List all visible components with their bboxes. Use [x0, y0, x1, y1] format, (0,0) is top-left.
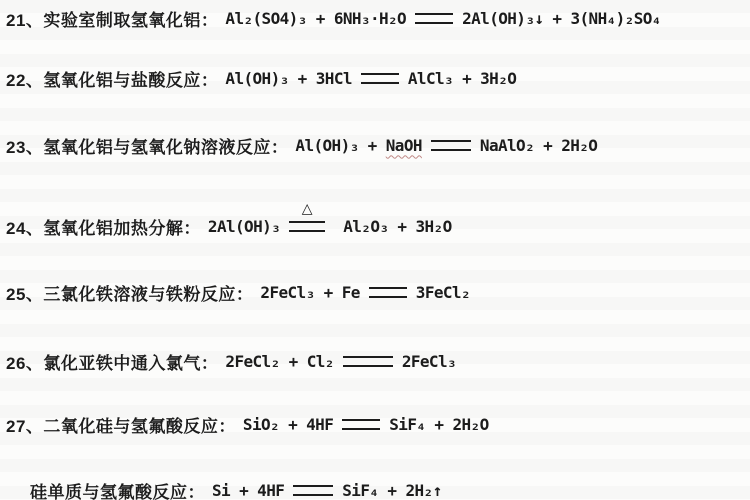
- equation-title: 实验室制取氢氧化铝：: [43, 6, 218, 31]
- formula-text: SiF₄ + 2H₂↑: [342, 481, 441, 500]
- spellcheck-underlined-formula: NaOH: [386, 136, 422, 155]
- formula-text: 2Al(OH)₃: [208, 217, 280, 236]
- equation-title: 氢氧化铝加热分解：: [43, 214, 201, 239]
- formula-text: Al(OH)₃ + 3HCl: [225, 69, 351, 88]
- delta-heat-condition: △: [302, 201, 313, 217]
- equation-line: 21、实验室制取氢氧化铝：Al₂(SO4)₃ + 6NH₃·H₂O2Al(OH)…: [6, 5, 661, 31]
- formula-text: AlCl₃ + 3H₂O: [408, 69, 516, 88]
- equation-line: 25、三氯化铁溶液与铁粉反应：2FeCl₃ + Fe3FeCl₂: [6, 279, 470, 305]
- formula-text: 3FeCl₂: [416, 283, 470, 302]
- equation-number: 23、: [6, 133, 43, 158]
- equation-line: 26、氯化亚铁中通入氯气：2FeCl₂ + Cl₂2FeCl₃: [6, 348, 456, 374]
- equation-title: 三氯化铁溶液与铁粉反应：: [43, 280, 253, 305]
- double-line-equals: [431, 140, 471, 151]
- formula-text: 2FeCl₃ + Fe: [260, 283, 359, 302]
- formula-text: 2Al(OH)₃↓ + 3(NH₄)₂SO₄: [462, 9, 661, 28]
- double-line-equals: [343, 356, 393, 367]
- formula-text: SiO₂ + 4HF: [243, 415, 333, 434]
- equation-number: 25、: [6, 280, 43, 305]
- equation-title: 二氧化硅与氢氟酸反应：: [43, 412, 236, 437]
- chemistry-notes-page: 21、实验室制取氢氧化铝：Al₂(SO4)₃ + 6NH₃·H₂O2Al(OH)…: [0, 0, 750, 500]
- formula-text: Al₂O₃ + 3H₂O: [334, 217, 451, 236]
- equation-title: 氯化亚铁中通入氯气：: [43, 349, 218, 374]
- equation-title: 氢氧化铝与氢氧化钠溶液反应：: [43, 133, 288, 158]
- equation-line: 24、氢氧化铝加热分解：2Al(OH)₃△ Al₂O₃ + 3H₂O: [6, 213, 452, 239]
- formula-text: NaAlO₂ + 2H₂O: [480, 136, 597, 155]
- equation-line: 22、氢氧化铝与盐酸反应：Al(OH)₃ + 3HClAlCl₃ + 3H₂O: [6, 65, 516, 91]
- formula-text: 2FeCl₃: [402, 352, 456, 371]
- equation-title: 氢氧化铝与盐酸反应：: [43, 66, 218, 91]
- equation-number: 26、: [6, 349, 43, 374]
- equation-number: 21、: [6, 6, 43, 31]
- formula-text: Si + 4HF: [212, 481, 284, 500]
- double-line-equals: △: [289, 221, 325, 232]
- equation-title: 硅单质与氢氟酸反应：: [30, 478, 205, 500]
- double-line-equals: [342, 419, 380, 430]
- equation-line: 23、氢氧化铝与氢氧化钠溶液反应：Al(OH)₃ + NaOHNaAlO₂ + …: [6, 132, 597, 158]
- equation-number: 27、: [6, 412, 43, 437]
- double-line-equals: [293, 485, 333, 496]
- equation-number: 22、: [6, 66, 43, 91]
- formula-text: Al(OH)₃ +: [295, 136, 385, 155]
- double-line-equals: [369, 287, 407, 298]
- formula-text: 2FeCl₂ + Cl₂: [225, 352, 333, 371]
- equation-line: 27、二氧化硅与氢氟酸反应：SiO₂ + 4HFSiF₄ + 2H₂O: [6, 411, 489, 437]
- double-line-equals: [415, 13, 453, 24]
- equation-number: 24、: [6, 214, 43, 239]
- formula-text: Al₂(SO4)₃ + 6NH₃·H₂O: [225, 9, 406, 28]
- formula-text: SiF₄ + 2H₂O: [389, 415, 488, 434]
- double-line-equals: [361, 73, 399, 84]
- equation-line: 硅单质与氢氟酸反应：Si + 4HFSiF₄ + 2H₂↑: [30, 477, 442, 500]
